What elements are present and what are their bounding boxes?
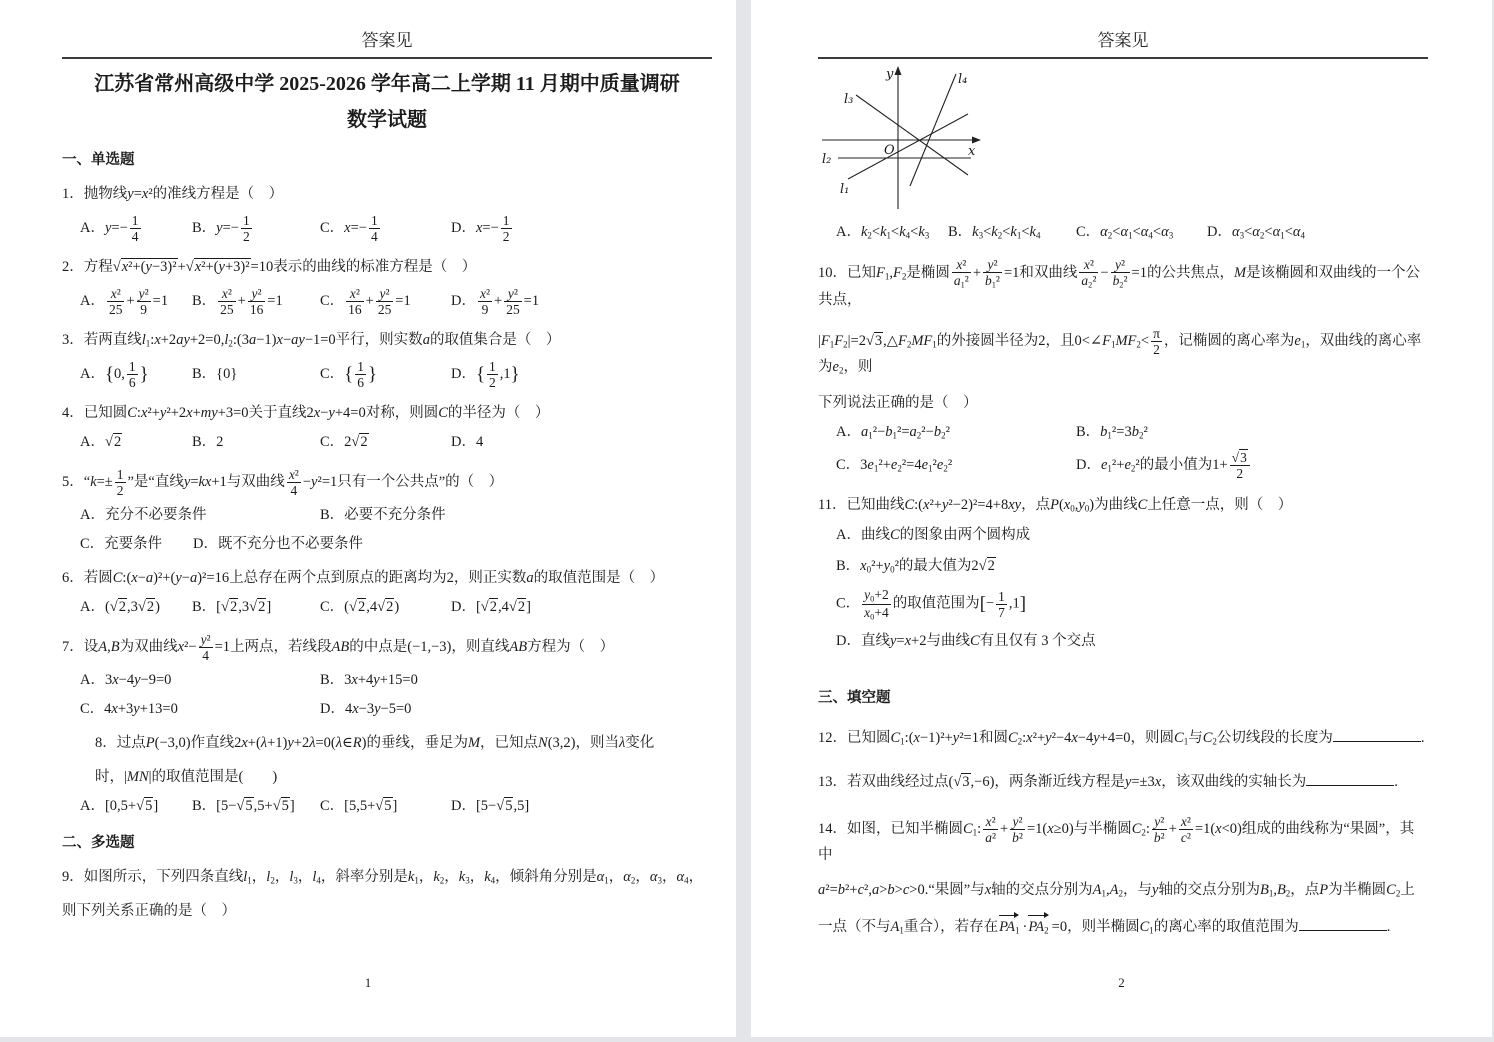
- question-7-options-ab: A．3x−4y−9=0 B．3x+4y+15=0: [80, 670, 712, 692]
- question-3: 3．若两直线l1:x+2ay+2=0,l2:(3a−1)x−ay−1=0平行，则…: [62, 330, 712, 352]
- option-a: A．[0,5+√5]: [80, 796, 192, 818]
- option-b: B．y=−12: [192, 213, 320, 244]
- option-d: D．既不充分也不必要条件: [193, 534, 363, 556]
- line-l4: [910, 74, 956, 186]
- question-8-line2: 时，|MN|的取值范围是( ): [95, 767, 712, 789]
- question-2-options: A．x²25+y²9=1 B．x²25+y²16=1 C．x²16+y²25=1…: [80, 286, 712, 317]
- option-d: D．[5−√5,5]: [451, 796, 529, 818]
- option-a: A．x²25+y²9=1: [80, 286, 192, 317]
- option-a: A．k2<k1<k4<k3: [836, 222, 948, 244]
- page-header-text: 答案见: [62, 28, 712, 54]
- label-origin: O: [884, 143, 895, 158]
- option-b: B．必要不充分条件: [320, 505, 446, 527]
- question-10-line1: 10．已知F1,F2是椭圆x²a1²+y²b1²=1和双曲线x²a2²−y²b2…: [818, 257, 1428, 312]
- question-11: 11．已知曲线C:(x²+y²−2)²=4+8xy，点P(x0,y0)为曲线C上…: [818, 495, 1428, 517]
- question-5-options-cd: C．充要条件 D．既不充分也不必要条件: [80, 534, 712, 556]
- option-c: C．x²16+y²25=1: [320, 286, 451, 317]
- question-4-options: A．√2 B．2 C．2√2 D．4: [80, 432, 712, 454]
- question-9-line1: 9．如图所示，下列四条直线l1，l2，l3，l4，斜率分别是k1，k2，k3，k…: [62, 867, 712, 889]
- question-10-line2: |F1F2|=2√3,△F2MF1的外接圆半径为2，且0<∠F1MF2<π2，记…: [818, 326, 1428, 379]
- question-9-line2: 则下列关系正确的是（ ）: [62, 901, 712, 923]
- x-axis-arrow: [972, 136, 981, 143]
- question-7-options-cd: C．4x+3y+13=0 D．4x−3y−5=0: [80, 699, 712, 721]
- question-6-options: A．(√2,3√2) B．[√2,3√2] C．(√2,4√2) D．[√2,4…: [80, 597, 712, 619]
- option-d: D．x=−12: [451, 213, 514, 244]
- option-a: A．(√2,3√2): [80, 597, 192, 619]
- header-rule: [62, 57, 712, 59]
- label-y: y: [885, 67, 894, 82]
- option-b: B．{0}: [192, 364, 320, 386]
- option-c: C．{16}: [320, 359, 451, 390]
- question-6: 6．若圆C:(x−a)²+(y−a)²=16上总存在两个点到原点的距离均为2，则…: [62, 568, 712, 590]
- page-2: 答案见 y x O l₁ l₂ l₃ l₄: [751, 0, 1492, 1037]
- question-13: 13．若双曲线经过点(√3,−6)，两条渐近线方程是y=±3x，该双曲线的实轴长…: [818, 772, 1428, 794]
- label-l4: l₄: [958, 72, 967, 87]
- question-5-options-ab: A．充分不必要条件 B．必要不充分条件: [80, 505, 712, 527]
- question-11-option-d: D．直线y=x+2与曲线C有且仅有 3 个交点: [836, 631, 1428, 653]
- page-header-text: 答案见: [818, 28, 1428, 54]
- y-axis-arrow: [895, 66, 902, 75]
- option-a: A．3x−4y−9=0: [80, 670, 320, 692]
- label-l3: l₃: [844, 92, 853, 107]
- option-a: A．y=−14: [80, 213, 192, 244]
- option-a: A．{0,16}: [80, 359, 192, 390]
- option-b: B．k3<k2<k1<k4: [948, 222, 1076, 244]
- option-c: C．3e1²+e2²=4e1²e2²: [836, 455, 1076, 477]
- section-multi-choice: 二、多选题: [62, 833, 712, 855]
- option-b: B．3x+4y+15=0: [320, 670, 418, 692]
- section-single-choice: 一、单选题: [62, 150, 712, 172]
- label-x: x: [968, 144, 976, 159]
- line-l3: [856, 95, 968, 175]
- question-14-line2: a²=b²+c²,a>b>c>0.“果圆”与x轴的交点分别为A1,A2，与y轴的…: [818, 880, 1428, 902]
- question-11-option-a: A．曲线C的图象由两个圆构成: [836, 525, 1428, 547]
- question-5: 5．“k=±12”是“直线y=kx+1与双曲线x²4−y²=1只有一个公共点”的…: [62, 467, 712, 498]
- option-a: A．a1²−b1²=a2²−b2²: [836, 422, 1076, 444]
- question-4: 4．已知圆C:x²+y²+2x+my+3=0关于直线2x−y+4=0对称，则圆C…: [62, 403, 712, 425]
- section-fill-blank: 三、填空题: [818, 688, 1428, 710]
- option-c: C．x=−14: [320, 213, 451, 244]
- question-9-figure: y x O l₁ l₂ l₃ l₄: [818, 63, 986, 215]
- option-b: B．b1²=3b2²: [1076, 422, 1148, 444]
- label-l1: l₁: [840, 182, 849, 197]
- question-12: 12．已知圆C1:(x−1)²+y²=1和圆C2:x²+y²−4x−4y+4=0…: [818, 728, 1428, 750]
- question-3-options: A．{0,16} B．{0} C．{16} D．{12,1}: [80, 359, 712, 390]
- option-d: D．α3<α2<α1<α4: [1207, 222, 1305, 244]
- option-b: B．2: [192, 432, 320, 454]
- page-number: 2: [751, 973, 1492, 993]
- exam-title: 江苏省常州高级中学 2025-2026 学年高二上学期 11 月期中质量调研: [62, 71, 712, 98]
- option-b: B．x²25+y²16=1: [192, 286, 320, 317]
- option-c: C．充要条件: [80, 534, 193, 556]
- question-1-options: A．y=−14 B．y=−12 C．x=−14 D．x=−12: [80, 213, 712, 244]
- line-l1: [848, 114, 968, 179]
- header-rule: [818, 57, 1428, 59]
- option-d: D．x²9+y²25=1: [451, 286, 539, 317]
- option-d: D．{12,1}: [451, 359, 520, 390]
- page-1: 答案见 江苏省常州高级中学 2025-2026 学年高二上学期 11 月期中质量…: [0, 0, 736, 1037]
- question-14-line1: 14．如图，已知半椭圆C1:x²a²+y²b²=1(x≥0)与半椭圆C2:y²b…: [818, 814, 1428, 867]
- option-d: D．[√2,4√2]: [451, 597, 531, 619]
- question-10-options-ab: A．a1²−b1²=a2²−b2² B．b1²=3b2²: [836, 422, 1428, 444]
- option-d: D．e1²+e2²的最小值为1+√32: [1076, 450, 1252, 481]
- option-c: C．[5,5+√5]: [320, 796, 451, 818]
- option-c: C．4x+3y+13=0: [80, 699, 320, 721]
- question-1: 1．抛物线y=x²的准线方程是（ ）: [62, 184, 712, 206]
- question-2: 2．方程√x²+(y−3)²+√x²+(y+3)²=10表示的曲线的标准方程是（…: [62, 257, 712, 279]
- option-b: B．[5−√5,5+√5]: [192, 796, 320, 818]
- exam-subtitle: 数学试题: [62, 105, 712, 135]
- page-number: 1: [0, 973, 736, 993]
- option-d: D．4: [451, 432, 483, 454]
- option-a: A．充分不必要条件: [80, 505, 320, 527]
- question-11-option-b: B．x0²+y0²的最大值为2√2: [836, 556, 1428, 578]
- question-8-line1: 8．过点P(−3,0)作直线2x+(λ+1)y+2λ=0(λ∈R)的垂线，垂足为…: [95, 733, 712, 755]
- question-9-options: A．k2<k1<k4<k3 B．k3<k2<k1<k4 C．α2<α1<α4<α…: [836, 222, 1428, 244]
- question-10-options-cd: C．3e1²+e2²=4e1²e2² D．e1²+e2²的最小值为1+√32: [836, 450, 1428, 481]
- option-d: D．4x−3y−5=0: [320, 699, 411, 721]
- option-b: B．[√2,3√2]: [192, 597, 320, 619]
- question-11-option-c: C．y0+2x0+4的取值范围为[−17,1]: [836, 587, 1428, 622]
- option-c: C．α2<α1<α4<α3: [1076, 222, 1207, 244]
- label-l2: l₂: [822, 152, 831, 167]
- question-7: 7．设A,B为双曲线x²−y²4=1上两点，若线段AB的中点是(−1,−3)，则…: [62, 632, 712, 663]
- question-14-line3: 一点（不与A1重合），若存在PA1·PA2=0，则半椭圆C1的离心率的取值范围为…: [818, 916, 1428, 939]
- document-viewer: 答案见 江苏省常州高级中学 2025-2026 学年高二上学期 11 月期中质量…: [0, 0, 1494, 1042]
- option-c: C．2√2: [320, 432, 451, 454]
- option-c: C．(√2,4√2): [320, 597, 451, 619]
- question-10-line3: 下列说法正确的是（ ）: [818, 393, 1428, 415]
- question-8-options: A．[0,5+√5] B．[5−√5,5+√5] C．[5,5+√5] D．[5…: [80, 796, 712, 818]
- option-a: A．√2: [80, 432, 192, 454]
